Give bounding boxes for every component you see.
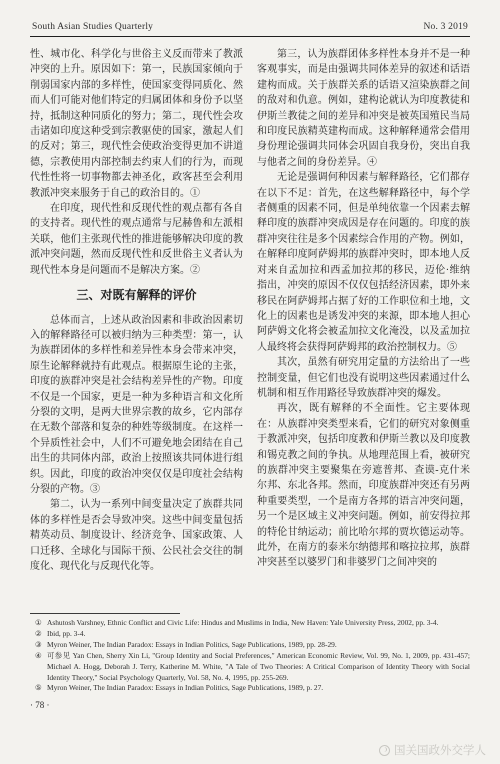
paragraph-modernity-causes: 性、城市化、科学化与世俗主义反而带来了教派冲突的上升。原因如下：第一，民族国家倾… xyxy=(30,47,243,201)
paragraph-shortcomings-third: 再次，既有解释的不全面性。它主要体现在：从族群冲突类型来看，它们的研究对象侧重于… xyxy=(257,401,470,570)
paragraph-constructivist: 第三，认为族群团体多样性本身并不是一种客观事实，而是由强调共同体差异的叙述和话语… xyxy=(257,47,470,170)
journal-title: South Asian Studies Quarterly xyxy=(32,22,153,32)
footnote-separator xyxy=(30,613,180,614)
footnote-1: ① Ashutosh Varshney, Ethnic Conflict and… xyxy=(30,618,470,629)
footnote-marker: ⑤ xyxy=(30,683,47,694)
footnote-text: Myron Weiner, The Indian Paradox: Essays… xyxy=(47,683,470,694)
footnote-text: Ibid, pp. 3-4. xyxy=(47,629,470,640)
paragraph-shortcomings-first: 无论是强调何种因素与解释路径，它们都存在以下不足：首先，在这些解释路径中，每个学… xyxy=(257,170,470,355)
page-number: · 78 · xyxy=(30,700,470,710)
footnote-3: ③ Myron Weiner, The Indian Paradox: Essa… xyxy=(30,640,470,651)
left-column: 性、城市化、科学化与世俗主义反而带来了教派冲突的上升。原因如下：第一，民族国家倾… xyxy=(30,47,243,574)
footnote-2: ② Ibid, pp. 3-4. xyxy=(30,629,470,640)
paragraph-intermediate-variables: 第二，认为一系列中间变量决定了族群共同体的多样性是否会导致冲突。这些中间变量包括… xyxy=(30,497,243,574)
footnote-5: ⑤ Myron Weiner, The Indian Paradox: Essa… xyxy=(30,683,470,694)
watermark-logo-icon xyxy=(379,745,390,756)
footnote-marker: ③ xyxy=(30,640,47,651)
footnote-text: 可参见 Yan Chen, Sherry Xin Li, "Group Iden… xyxy=(47,651,470,684)
header-rule xyxy=(30,36,470,37)
section-heading: 三、对既有解释的评价 xyxy=(30,288,243,303)
footnotes: ① Ashutosh Varshney, Ethnic Conflict and… xyxy=(30,618,470,694)
right-column: 第三，认为族群团体多样性本身并不是一种客观事实，而是由强调共同体差异的叙述和话语… xyxy=(257,47,470,571)
footnote-marker: ② xyxy=(30,629,47,640)
footnote-4: ④ 可参见 Yan Chen, Sherry Xin Li, "Group Id… xyxy=(30,651,470,684)
issue-number: No. 3 2019 xyxy=(424,22,469,32)
watermark: 国关国政外交学人 xyxy=(379,742,486,758)
watermark-text: 国关国政外交学人 xyxy=(394,742,486,758)
footnote-text: Myron Weiner, The Indian Paradox: Essays… xyxy=(47,640,470,651)
paragraph-shortcomings-second: 其次，虽然有研究用定量的方法给出了一些控制变量，但它们也没有说明这些因素通过什么… xyxy=(257,355,470,401)
paragraph-three-types: 总体而言，上述从政治因素和非政治因素切入的解释路径可以被归纳为三种类型：第一，认… xyxy=(30,313,243,498)
footnote-marker: ① xyxy=(30,618,47,629)
footnote-marker: ④ xyxy=(30,651,47,684)
footnote-text: Ashutosh Varshney, Ethnic Conflict and C… xyxy=(47,618,470,629)
text-columns: 性、城市化、科学化与世俗主义反而带来了教派冲突的上升。原因如下：第一，民族国家倾… xyxy=(30,47,470,605)
page-header: South Asian Studies Quarterly No. 3 2019 xyxy=(30,22,470,36)
journal-page: South Asian Studies Quarterly No. 3 2019… xyxy=(0,0,500,764)
paragraph-india-modernity-views: 在印度，现代性和反现代性的观点都有各自的支持者。现代性的观点通常与尼赫鲁和左派相… xyxy=(30,201,243,278)
